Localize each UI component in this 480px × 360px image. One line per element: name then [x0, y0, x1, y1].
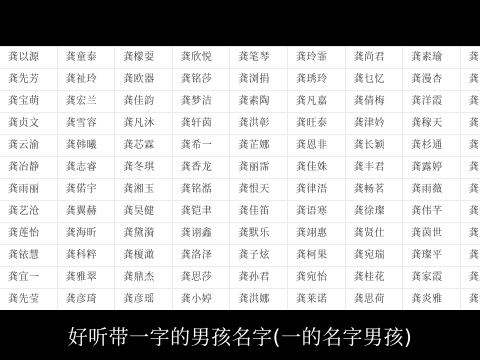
name-cell: 龚佳笛 [230, 201, 288, 223]
name-cell: 龚蓉铭 [461, 245, 480, 267]
name-cell: 龚璨平 [403, 245, 461, 267]
name-cell: 龚伟芊 [403, 201, 461, 223]
name-cell: 龚香龙 [173, 157, 231, 179]
name-cell: 龚浏捐 [230, 69, 288, 91]
name-cell: 龚榎澉 [115, 245, 173, 267]
name-cell: 龚志睿 [58, 157, 116, 179]
name-cell: 龚默乐 [230, 223, 288, 245]
name-cell: 龚黛漪 [115, 223, 173, 245]
name-cell: 龚铭湉 [173, 179, 231, 201]
name-cell: 龚芯霖 [115, 135, 173, 157]
name-cell: 龚昊健 [115, 201, 173, 223]
name-cell: 龚柯果 [288, 245, 346, 267]
name-cell: 龚绍云 [461, 47, 480, 69]
name-cell: 龚祉玲 [58, 69, 116, 91]
name-cell: 龚春妍 [461, 91, 480, 113]
name-cell: 龚以源 [0, 47, 58, 69]
name-cell: 龚素瑜 [403, 47, 461, 69]
name-cell: 龚恨天 [230, 179, 288, 201]
name-cell: 龚乜忆 [346, 69, 404, 91]
name-cell: 龚希一 [173, 135, 231, 157]
name-cell: 龚冶静 [0, 157, 58, 179]
name-cell: 龚铭莎 [173, 69, 231, 91]
name-cell: 龚宛瑞 [346, 245, 404, 267]
name-cell: 龚檬耍 [115, 47, 173, 69]
name-cell: 龚孙君 [230, 267, 288, 289]
name-cell: 龚徐璨 [346, 201, 404, 223]
name-cell: 龚海昕 [58, 223, 116, 245]
name-cell: 龚长颖 [346, 135, 404, 157]
name-cell: 龚翼赫 [58, 201, 116, 223]
name-cell: 龚雅翠 [58, 267, 116, 289]
name-cell: 龚先莹 [0, 289, 58, 310]
name-cell: 龚露婷 [403, 157, 461, 179]
name-cell: 龚尚君 [346, 47, 404, 69]
name-cell: 龚馥宁 [461, 135, 480, 157]
name-cell: 龚欣悦 [173, 47, 231, 69]
name-cell: 龚炎雅 [403, 289, 461, 310]
name-cell: 龚笔琴 [230, 47, 288, 69]
name-cell: 龚莲怡 [0, 223, 58, 245]
name-cell: 龚彦琦 [58, 289, 116, 310]
name-cell: 龚园春 [461, 69, 480, 91]
name-cell: 龚铱慧 [0, 245, 58, 267]
name-cell: 龚贞文 [0, 113, 58, 135]
name-cell: 龚弋桐 [461, 179, 480, 201]
name-cell: 龚桂花 [346, 267, 404, 289]
name-cell: 龚茵世 [403, 223, 461, 245]
name-cell: 龚欧器 [115, 69, 173, 91]
caption-title: 好听带一字的男孩名字(一的名字男孩) [68, 321, 413, 350]
name-cell: 龚津妗 [346, 113, 404, 135]
name-cell: 龚湘玉 [115, 179, 173, 201]
screenshot-root: 龚以源龚童泰龚檬耍龚欣悦龚笔琴龚玲霏龚尚君龚素瑜龚绍云龚先芳龚祉玲龚欧器龚铭莎龚… [0, 0, 480, 360]
name-cell: 龚洋霞 [403, 91, 461, 113]
name-cell: 龚佳姝 [288, 157, 346, 179]
name-cell: 龚稼天 [403, 113, 461, 135]
name-cell: 龚莱诺 [288, 289, 346, 310]
name-cell: 龚雯丹 [461, 289, 480, 310]
name-cell: 龚鼎杰 [115, 267, 173, 289]
name-cell: 龚云渝 [0, 135, 58, 157]
name-cell: 龚漫杏 [403, 69, 461, 91]
name-cell: 龚诩鑫 [173, 223, 231, 245]
name-cell: 龚彦瑶 [115, 289, 173, 310]
name-cell: 龚语寒 [288, 201, 346, 223]
name-cell: 龚铠聿 [173, 201, 231, 223]
name-cell: 龚艺沧 [0, 201, 58, 223]
name-cell: 龚洛泽 [173, 245, 231, 267]
name-cell: 龚宏兰 [58, 91, 116, 113]
name-cell: 龚家霞 [403, 267, 461, 289]
name-cell: 龚丰君 [346, 157, 404, 179]
name-cell: 龚芷娜 [230, 135, 288, 157]
name-cell: 龚凰生 [461, 223, 480, 245]
name-cell: 龚律浯 [288, 179, 346, 201]
name-cell: 龚琇玲 [288, 69, 346, 91]
name-cell: 龚贤仕 [346, 223, 404, 245]
name-cell: 龚玲霏 [288, 47, 346, 69]
names-table: 龚以源龚童泰龚檬耍龚欣悦龚笔琴龚玲霏龚尚君龚素瑜龚绍云龚先芳龚祉玲龚欧器龚铭莎龚… [0, 46, 480, 310]
top-black-bar [0, 0, 480, 46]
name-cell: 龚洪娜 [230, 289, 288, 310]
name-cell: 龚翊惠 [288, 223, 346, 245]
name-cell: 龚洪彰 [230, 113, 288, 135]
name-cell: 龚佳韵 [115, 91, 173, 113]
name-cell: 龚童泰 [58, 47, 116, 69]
caption-bar: 好听带一字的男孩名字(一的名字男孩) [0, 310, 480, 360]
name-cell: 龚鹏丹 [461, 267, 480, 289]
name-cell: 龚宝萌 [0, 91, 58, 113]
name-cell: 龚思莎 [173, 267, 231, 289]
name-cell: 龚素陶 [230, 91, 288, 113]
name-cell: 龚恩非 [288, 135, 346, 157]
name-cell: 龚思荷 [346, 289, 404, 310]
name-cell: 龚雪容 [58, 113, 116, 135]
name-cell: 龚梦洁 [173, 91, 231, 113]
name-cell: 龚轩茵 [173, 113, 231, 135]
name-cell: 龚倩梅 [346, 91, 404, 113]
name-cell: 龚雨丽 [0, 179, 58, 201]
names-table-container: 龚以源龚童泰龚檬耍龚欣悦龚笔琴龚玲霏龚尚君龚素瑜龚绍云龚先芳龚祉玲龚欧器龚铭莎龚… [0, 46, 480, 310]
name-cell: 龚小婷 [173, 289, 231, 310]
name-cell: 龚宜一 [0, 267, 58, 289]
name-cell: 龚凡沐 [115, 113, 173, 135]
name-cell: 龚韩曦 [58, 135, 116, 157]
name-cell: 龚子炫 [230, 245, 288, 267]
name-cell: 龚守娟 [461, 157, 480, 179]
name-cell: 龚畅茗 [346, 179, 404, 201]
name-cell: 龚雨薇 [403, 179, 461, 201]
name-cell: 龚凡嘉 [288, 91, 346, 113]
name-cell: 龚嘉琪 [461, 113, 480, 135]
name-cell: 龚杉通 [403, 135, 461, 157]
name-cell: 龚铃兰 [461, 201, 480, 223]
name-cell: 龚宛怡 [288, 267, 346, 289]
name-cell: 龚先芳 [0, 69, 58, 91]
name-cell: 龚丽霈 [230, 157, 288, 179]
name-cell: 龚冬琪 [115, 157, 173, 179]
name-cell: 龚偌宇 [58, 179, 116, 201]
name-cell: 龚科粹 [58, 245, 116, 267]
name-cell: 龚旺泰 [288, 113, 346, 135]
